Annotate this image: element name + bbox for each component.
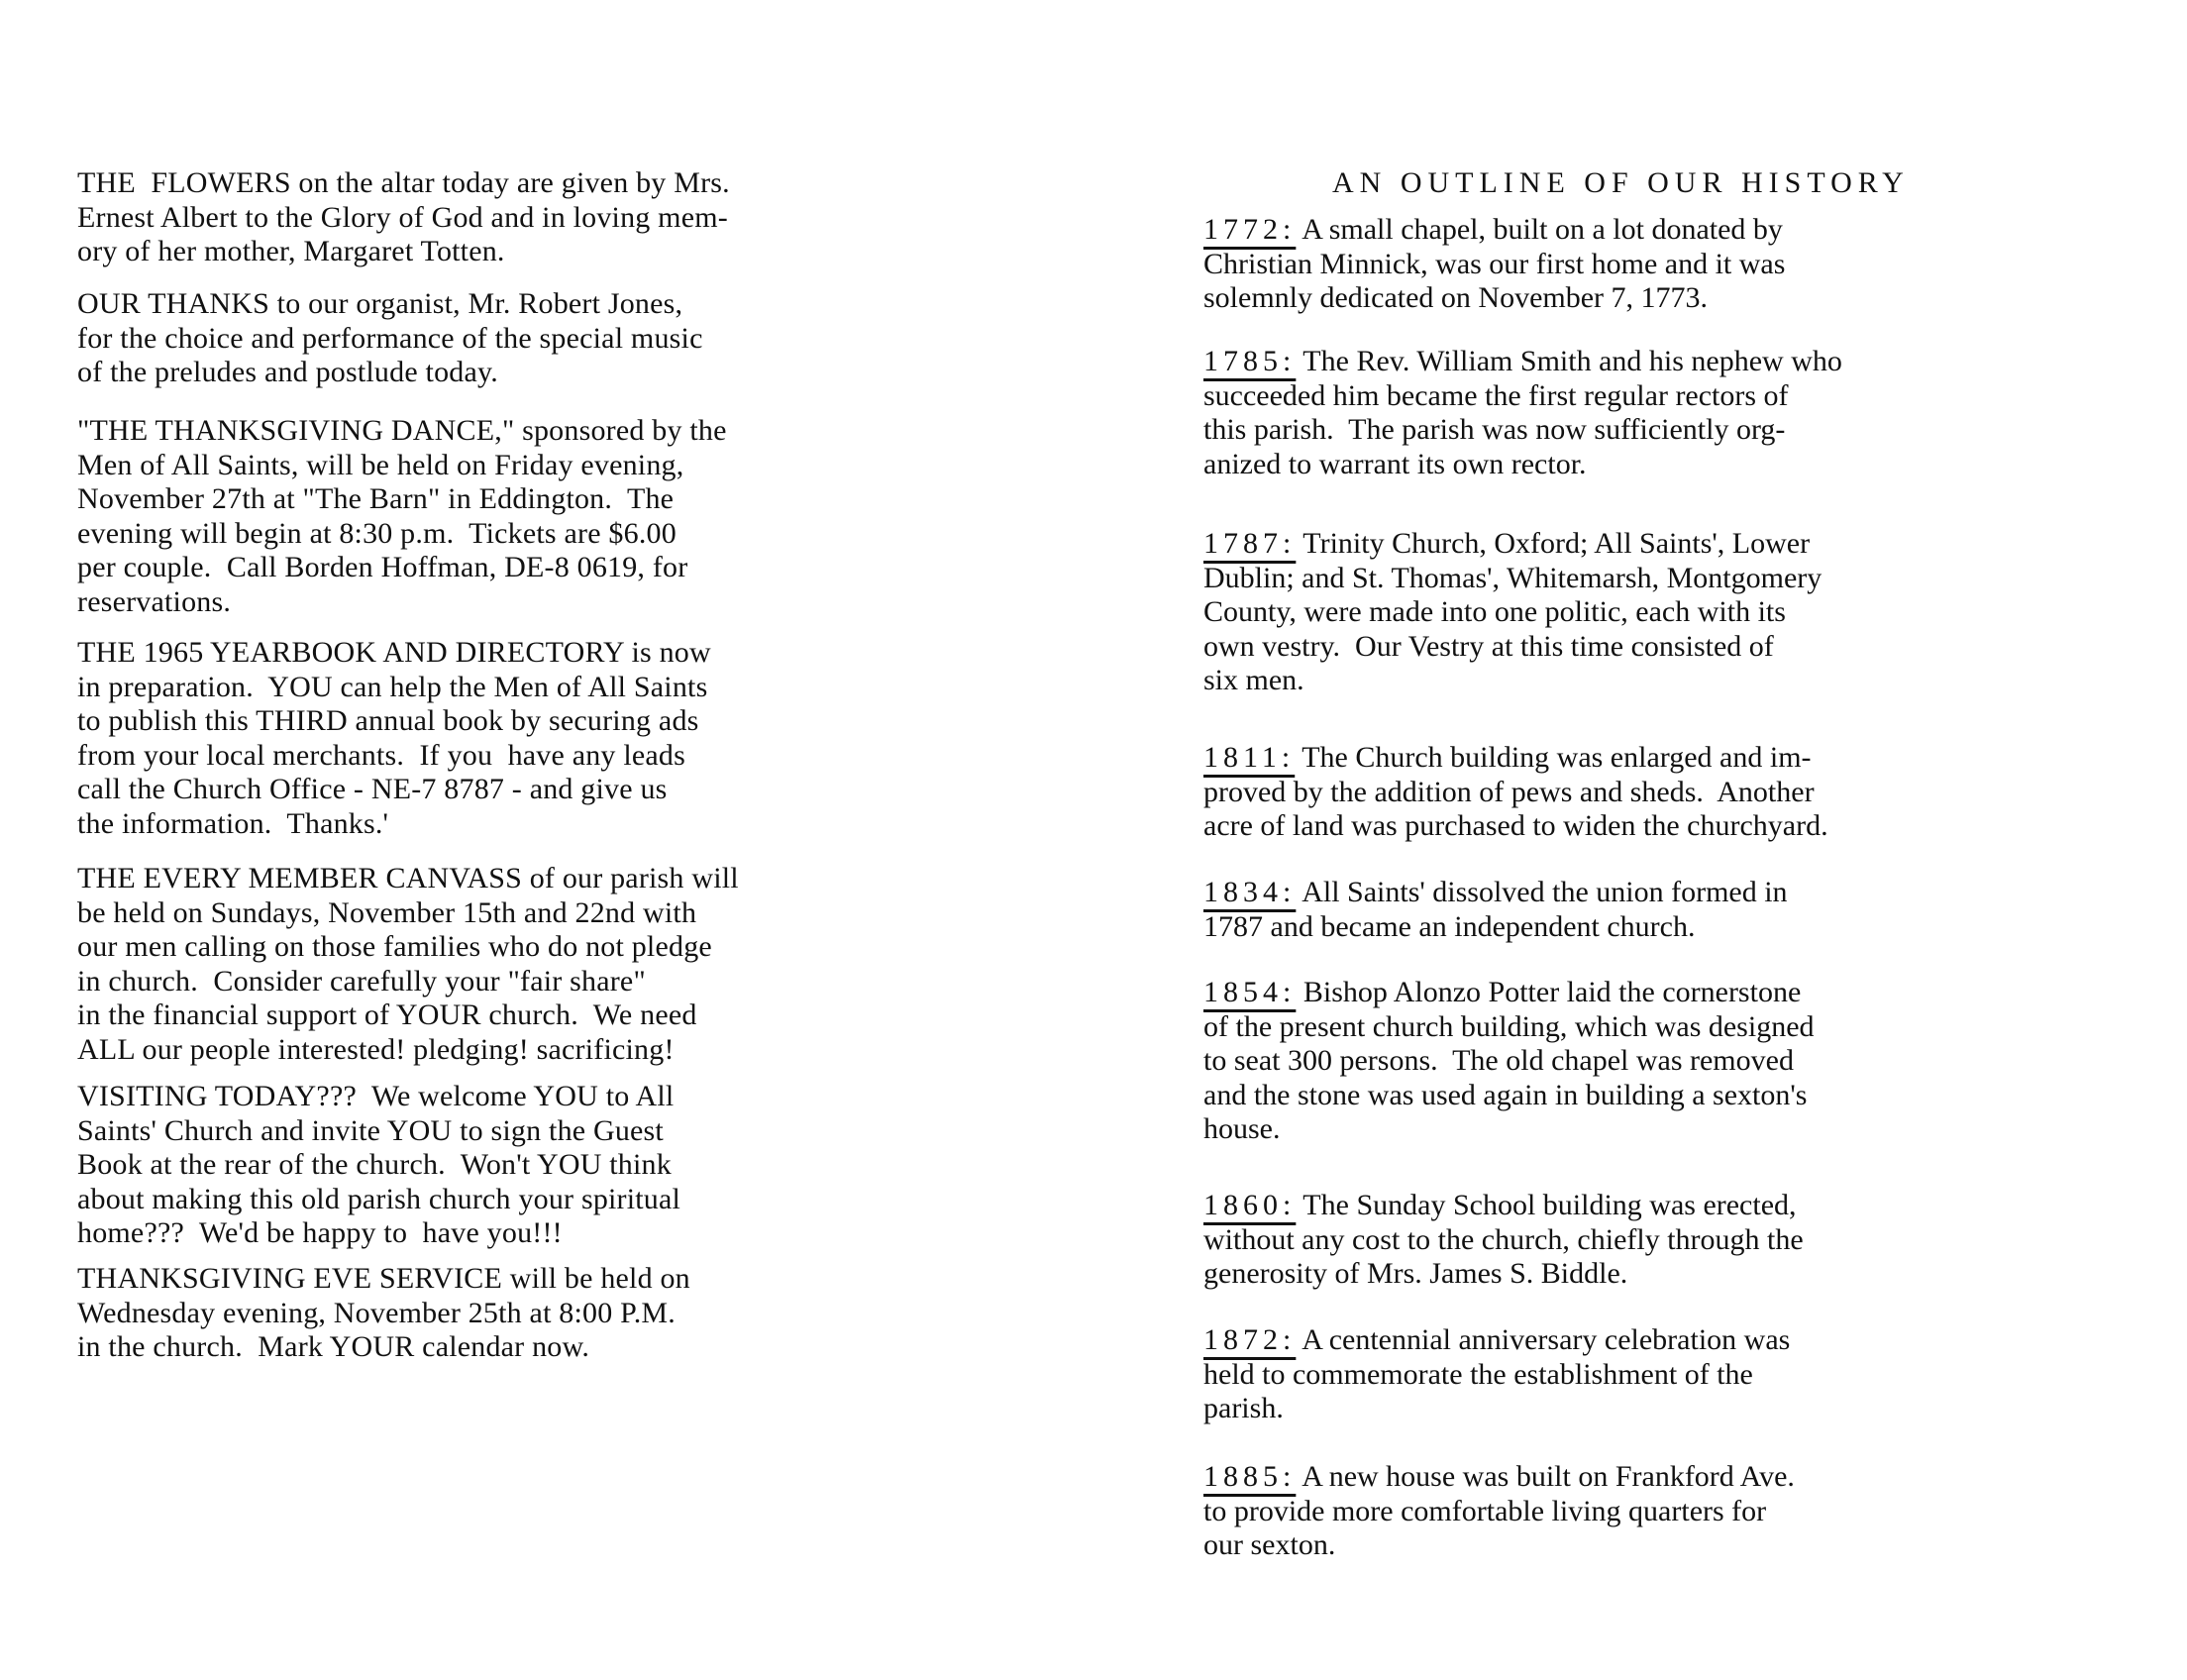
text-line: A new house was built on Frankford Ave. — [1296, 1460, 1795, 1493]
text-line: The Church building was enlarged and im- — [1295, 741, 1811, 774]
history-heading: AN OUTLINE OF OUR HISTORY — [1332, 166, 1910, 200]
text-line: the information. Thanks.' — [77, 807, 388, 840]
entry-year: 1772: — [1203, 213, 1296, 246]
history-entry-1834: 1834: All Saints' dissolved the union fo… — [1203, 876, 1788, 944]
text-line: for the choice and performance of the sp… — [77, 322, 703, 355]
text-line: own vestry. Our Vestry at this time cons… — [1203, 630, 1774, 663]
text-line: Saints' Church and invite YOU to sign th… — [77, 1114, 664, 1147]
text-line: be held on Sundays, November 15th and 22… — [77, 896, 696, 929]
text-line: held to commemorate the establishment of… — [1203, 1358, 1753, 1391]
text-line: call the Church Office - NE-7 8787 - and… — [77, 773, 668, 805]
text-line: ory of her mother, Margaret Totten. — [77, 235, 505, 267]
text-line: The Sunday School building was erected, — [1296, 1189, 1796, 1221]
history-entry-1787: 1787: Trinity Church, Oxford; All Saints… — [1203, 527, 1822, 698]
history-entry-1772: 1772: A small chapel, built on a lot don… — [1203, 213, 1785, 316]
canvass-paragraph: THE EVERY MEMBER CANVASS of our parish w… — [77, 862, 739, 1067]
thanksgiving-eve-service-paragraph: THANKSGIVING EVE SERVICE will be held on… — [77, 1262, 690, 1365]
history-entry-1854: 1854: Bishop Alonzo Potter laid the corn… — [1203, 976, 1815, 1147]
text-line: Trinity Church, Oxford; All Saints', Low… — [1296, 527, 1810, 560]
text-line: in preparation. YOU can help the Men of … — [77, 671, 707, 703]
text-line: in the church. Mark YOUR calendar now. — [77, 1330, 589, 1363]
text-line: OUR THANKS to our organist, Mr. Robert J… — [77, 287, 682, 320]
text-line: without any cost to the church, chiefly … — [1203, 1223, 1804, 1256]
text-line: of the present church building, which wa… — [1203, 1010, 1815, 1043]
text-line: six men. — [1203, 664, 1304, 696]
text-line: to seat 300 persons. The old chapel was … — [1203, 1044, 1794, 1077]
history-entry-1811: 1811: The Church building was enlarged a… — [1203, 741, 1828, 844]
text-line: succeeded him became the first regular r… — [1203, 379, 1789, 412]
text-line: A small chapel, built on a lot donated b… — [1296, 213, 1783, 246]
organist-thanks-paragraph: OUR THANKS to our organist, Mr. Robert J… — [77, 287, 703, 390]
text-line: 1787 and became an independent church. — [1203, 910, 1695, 943]
text-line: generosity of Mrs. James S. Biddle. — [1203, 1257, 1627, 1290]
text-line: A centennial anniversary celebration was — [1296, 1323, 1790, 1356]
text-line: Book at the rear of the church. Won't YO… — [77, 1148, 672, 1181]
entry-year: 1787: — [1203, 527, 1296, 560]
text-line: our men calling on those families who do… — [77, 930, 712, 963]
text-line: The Rev. William Smith and his nephew wh… — [1296, 345, 1842, 377]
text-line: VISITING TODAY??? We welcome YOU to All — [77, 1080, 674, 1112]
text-line: Men of All Saints, will be held on Frida… — [77, 449, 683, 481]
text-line: home??? We'd be happy to have you!!! — [77, 1216, 563, 1249]
visiting-today-paragraph: VISITING TODAY??? We welcome YOU to All … — [77, 1080, 680, 1251]
history-entry-1785: 1785: The Rev. William Smith and his nep… — [1203, 345, 1842, 481]
text-line: Christian Minnick, was our first home an… — [1203, 248, 1785, 280]
text-line: to provide more comfortable living quart… — [1203, 1495, 1766, 1527]
text-line: house. — [1203, 1112, 1281, 1145]
text-line: THE FLOWERS on the altar today are given… — [77, 166, 730, 199]
flowers-paragraph: THE FLOWERS on the altar today are given… — [77, 166, 730, 269]
entry-year: 1860: — [1203, 1189, 1296, 1221]
entry-year: 1785: — [1203, 345, 1296, 377]
text-line: this parish. The parish was now sufficie… — [1203, 413, 1785, 446]
text-line: to publish this THIRD annual book by sec… — [77, 704, 699, 737]
text-line: evening will begin at 8:30 p.m. Tickets … — [77, 517, 677, 550]
text-line: "THE THANKSGIVING DANCE," sponsored by t… — [77, 414, 727, 447]
text-line: parish. — [1203, 1392, 1284, 1424]
entry-year: 1872: — [1203, 1323, 1296, 1356]
text-line: Ernest Albert to the Glory of God and in… — [77, 201, 728, 234]
text-line: in church. Consider carefully your "fair… — [77, 965, 646, 997]
text-line: Dublin; and St. Thomas', Whitemarsh, Mon… — [1203, 562, 1822, 594]
history-entry-1872: 1872: A centennial anniversary celebrati… — [1203, 1323, 1790, 1426]
entry-year: 1854: — [1203, 976, 1296, 1008]
text-line: and the stone was used again in building… — [1203, 1079, 1807, 1111]
text-line: acre of land was purchased to widen the … — [1203, 809, 1828, 842]
text-line: THANKSGIVING EVE SERVICE will be held on — [77, 1262, 690, 1295]
text-line: in the financial support of YOUR church.… — [77, 998, 697, 1031]
text-line: All Saints' dissolved the union formed i… — [1296, 876, 1787, 908]
text-line: ALL our people interested! pledging! sac… — [77, 1033, 675, 1066]
text-line: of the preludes and postlude today. — [77, 356, 498, 388]
text-line: reservations. — [77, 585, 231, 618]
text-line: anized to warrant its own rector. — [1203, 448, 1587, 480]
text-line: Wednesday evening, November 25th at 8:00… — [77, 1297, 676, 1329]
text-line: solemnly dedicated on November 7, 1773. — [1203, 281, 1708, 314]
text-line: THE 1965 YEARBOOK AND DIRECTORY is now — [77, 636, 711, 669]
history-entry-1885: 1885: A new house was built on Frankford… — [1203, 1460, 1795, 1563]
text-line: from your local merchants. If you have a… — [77, 739, 685, 772]
history-entry-1860: 1860: The Sunday School building was ere… — [1203, 1189, 1804, 1292]
entry-year: 1885: — [1203, 1460, 1296, 1493]
text-line: our sexton. — [1203, 1528, 1335, 1561]
text-line: County, were made into one politic, each… — [1203, 595, 1786, 628]
text-line: THE EVERY MEMBER CANVASS of our parish w… — [77, 862, 739, 894]
entry-year: 1811: — [1203, 741, 1295, 774]
text-line: per couple. Call Borden Hoffman, DE-8 06… — [77, 551, 687, 583]
text-line: November 27th at "The Barn" in Eddington… — [77, 482, 674, 515]
thanksgiving-dance-paragraph: "THE THANKSGIVING DANCE," sponsored by t… — [77, 414, 727, 619]
text-line: proved by the addition of pews and sheds… — [1203, 776, 1815, 808]
yearbook-paragraph: THE 1965 YEARBOOK AND DIRECTORY is now i… — [77, 636, 711, 841]
text-line: about making this old parish church your… — [77, 1183, 680, 1215]
entry-year: 1834: — [1203, 876, 1296, 908]
text-line: Bishop Alonzo Potter laid the cornerston… — [1296, 976, 1801, 1008]
